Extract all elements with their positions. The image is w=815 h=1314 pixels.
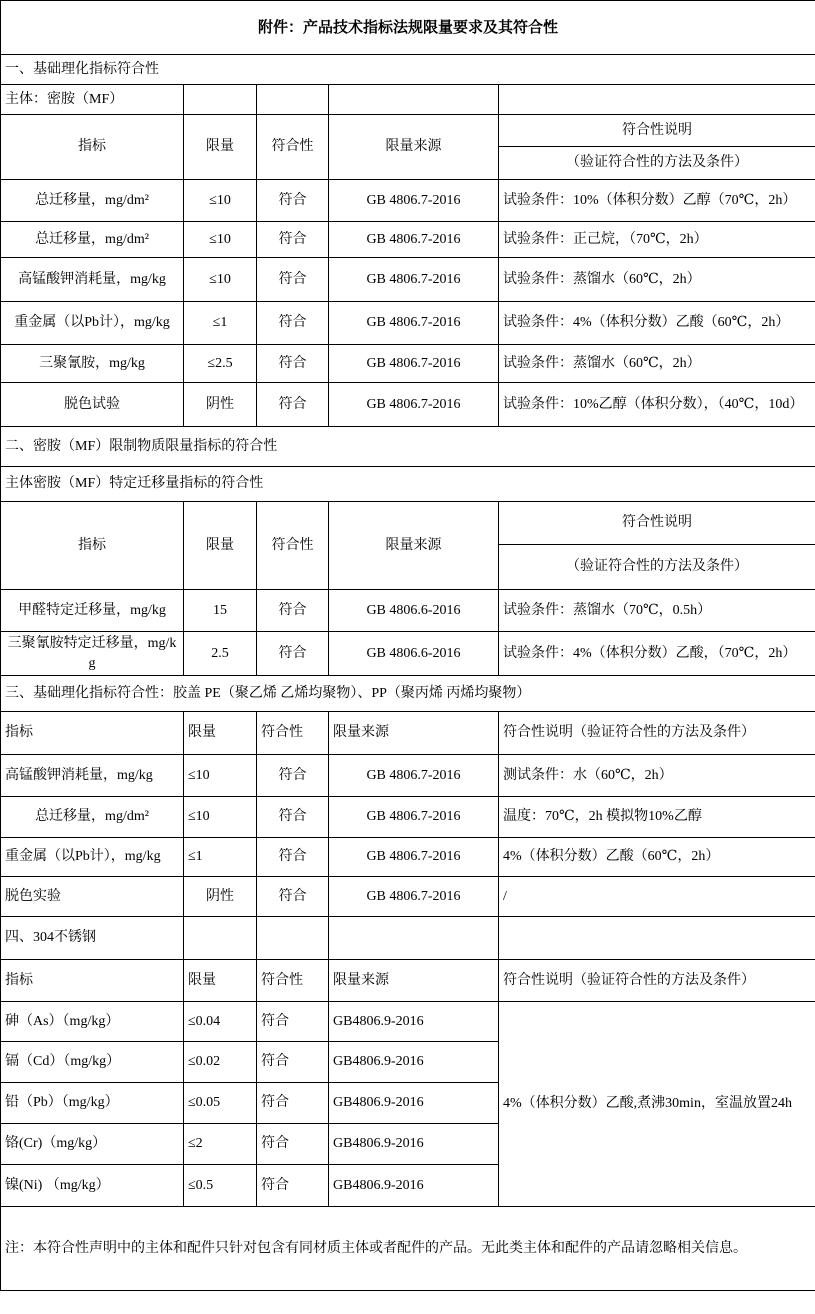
col-header-limit: 限量 bbox=[184, 115, 257, 180]
section1-heading: 一、基础理化指标符合性 bbox=[1, 55, 815, 85]
empty-cell bbox=[184, 85, 257, 115]
compliance-table: 附件：产品技术指标法规限量要求及其符合性 一、基础理化指标符合性 主体：密胺（M… bbox=[0, 0, 815, 1291]
section2-subheading: 主体密胺（MF）特定迁移量指标的符合性 bbox=[1, 467, 815, 502]
empty-cell bbox=[184, 917, 257, 960]
empty-cell bbox=[499, 917, 815, 960]
col-header-indicator: 指标 bbox=[1, 502, 184, 590]
source-cell: GB4806.9-2016 bbox=[329, 1042, 499, 1083]
table-row: 主体：密胺（MF） bbox=[1, 85, 815, 115]
source-cell: GB 4806.7-2016 bbox=[329, 755, 499, 797]
limit-cell: ≤2 bbox=[184, 1124, 257, 1165]
condition-cell: 温度：70℃，2h 模拟物10%乙醇 bbox=[499, 797, 815, 838]
col-header-source: 限量来源 bbox=[329, 712, 499, 755]
indicator-cell: 三聚氰胺，mg/kg bbox=[1, 345, 184, 383]
limit-cell: 阴性 bbox=[184, 877, 257, 917]
source-cell: GB 4806.7-2016 bbox=[329, 180, 499, 222]
col-header-conformity: 符合性 bbox=[257, 115, 329, 180]
section4-heading: 四、304不锈钢 bbox=[1, 917, 184, 960]
empty-cell bbox=[257, 917, 329, 960]
source-cell: GB 4806.7-2016 bbox=[329, 345, 499, 383]
limit-cell: ≤0.02 bbox=[184, 1042, 257, 1083]
limit-cell: ≤10 bbox=[184, 258, 257, 302]
source-cell: GB 4806.7-2016 bbox=[329, 383, 499, 427]
source-cell: GB 4806.7-2016 bbox=[329, 258, 499, 302]
indicator-cell: 铅（Pb）（mg/kg） bbox=[1, 1083, 184, 1124]
section2-heading: 二、密胺（MF）限制物质限量指标的符合性 bbox=[1, 427, 815, 467]
condition-cell: 4%（体积分数）乙酸（60℃，2h） bbox=[499, 838, 815, 877]
conformity-cell: 符合 bbox=[257, 797, 329, 838]
col-header-limit: 限量 bbox=[184, 502, 257, 590]
conformity-cell: 符合 bbox=[257, 180, 329, 222]
col-header-conformity: 符合性 bbox=[257, 960, 329, 1002]
source-cell: GB4806.9-2016 bbox=[329, 1165, 499, 1207]
table-row: 主体密胺（MF）特定迁移量指标的符合性 bbox=[1, 467, 815, 502]
limit-cell: 15 bbox=[184, 590, 257, 632]
table-row: 指标 限量 符合性 限量来源 符合性说明（验证符合性的方法及条件） bbox=[1, 960, 815, 1002]
indicator-cell: 镍(Ni) （mg/kg） bbox=[1, 1165, 184, 1207]
conformity-cell: 符合 bbox=[257, 1042, 329, 1083]
condition-cell: 测试条件：水（60℃，2h） bbox=[499, 755, 815, 797]
col-header-source: 限量来源 bbox=[329, 960, 499, 1002]
indicator-cell: 总迁移量，mg/dm² bbox=[1, 797, 184, 838]
col-header-indicator: 指标 bbox=[1, 115, 184, 180]
conformity-cell: 符合 bbox=[257, 1002, 329, 1042]
indicator-cell: 高锰酸钾消耗量，mg/kg bbox=[1, 755, 184, 797]
table-row: 总迁移量，mg/dm² ≤10 符合 GB 4806.7-2016 试验条件：1… bbox=[1, 180, 815, 222]
condition-cell: 试验条件：正己烷，（70℃，2h） bbox=[499, 222, 815, 258]
limit-cell: ≤10 bbox=[184, 797, 257, 838]
source-cell: GB4806.9-2016 bbox=[329, 1124, 499, 1165]
indicator-cell: 总迁移量，mg/dm² bbox=[1, 180, 184, 222]
col-header-source: 限量来源 bbox=[329, 502, 499, 590]
limit-cell: ≤1 bbox=[184, 302, 257, 345]
table-row: 一、基础理化指标符合性 bbox=[1, 55, 815, 85]
conformity-cell: 符合 bbox=[257, 258, 329, 302]
source-cell: GB 4806.7-2016 bbox=[329, 797, 499, 838]
table-row: 重金属（以Pb计），mg/kg ≤1 符合 GB 4806.7-2016 4%（… bbox=[1, 838, 815, 877]
empty-cell bbox=[329, 85, 499, 115]
conformity-cell: 符合 bbox=[257, 755, 329, 797]
table-row: 三聚氰胺，mg/kg ≤2.5 符合 GB 4806.7-2016 试验条件：蒸… bbox=[1, 345, 815, 383]
conformity-cell: 符合 bbox=[257, 1124, 329, 1165]
limit-cell: ≤10 bbox=[184, 222, 257, 258]
table-row: 指标 限量 符合性 限量来源 符合性说明 bbox=[1, 502, 815, 545]
empty-cell bbox=[499, 85, 815, 115]
limit-cell: 阴性 bbox=[184, 383, 257, 427]
col-header-explanation-sub: （验证符合性的方法及条件） bbox=[499, 147, 815, 180]
limit-cell: ≤0.05 bbox=[184, 1083, 257, 1124]
table-row: 高锰酸钾消耗量，mg/kg ≤10 符合 GB 4806.7-2016 试验条件… bbox=[1, 258, 815, 302]
table-row: 甲醛特定迁移量，mg/kg 15 符合 GB 4806.6-2016 试验条件：… bbox=[1, 590, 815, 632]
col-header-conformity: 符合性 bbox=[257, 502, 329, 590]
source-cell: GB 4806.7-2016 bbox=[329, 838, 499, 877]
source-cell: GB 4806.7-2016 bbox=[329, 302, 499, 345]
table-row: 二、密胺（MF）限制物质限量指标的符合性 bbox=[1, 427, 815, 467]
table-row: 注：本符合性声明中的主体和配件只针对包含有同材质主体或者配件的产品。无此类主体和… bbox=[1, 1207, 815, 1291]
col-header-explanation: 符合性说明（验证符合性的方法及条件） bbox=[499, 960, 815, 1002]
limit-cell: ≤0.5 bbox=[184, 1165, 257, 1207]
col-header-explanation-sub: （验证符合性的方法及条件） bbox=[499, 545, 815, 590]
indicator-cell: 铬(Cr)（mg/kg） bbox=[1, 1124, 184, 1165]
source-cell: GB 4806.7-2016 bbox=[329, 877, 499, 917]
col-header-source: 限量来源 bbox=[329, 115, 499, 180]
condition-cell: / bbox=[499, 877, 815, 917]
section1-subject: 主体：密胺（MF） bbox=[1, 85, 184, 115]
limit-cell: ≤2.5 bbox=[184, 345, 257, 383]
indicator-cell: 高锰酸钾消耗量，mg/kg bbox=[1, 258, 184, 302]
limit-cell: ≤10 bbox=[184, 755, 257, 797]
table-row: 砷（As）（mg/kg） ≤0.04 符合 GB4806.9-2016 4%（体… bbox=[1, 1002, 815, 1042]
condition-cell: 试验条件：4%（体积分数）乙酸，（70℃，2h） bbox=[499, 632, 815, 676]
shared-condition-cell: 4%（体积分数）乙酸,煮沸30min，室温放置24h bbox=[499, 1002, 815, 1207]
table-row: 三聚氰胺特定迁移量，mg/kg 2.5 符合 GB 4806.6-2016 试验… bbox=[1, 632, 815, 676]
col-header-indicator: 指标 bbox=[1, 712, 184, 755]
indicator-cell: 甲醛特定迁移量，mg/kg bbox=[1, 590, 184, 632]
indicator-cell: 脱色试验 bbox=[1, 383, 184, 427]
condition-cell: 试验条件：蒸馏水（60℃，2h） bbox=[499, 345, 815, 383]
table-row: 脱色试验 阴性 符合 GB 4806.7-2016 试验条件：10%乙醇（体积分… bbox=[1, 383, 815, 427]
source-cell: GB4806.9-2016 bbox=[329, 1002, 499, 1042]
conformity-cell: 符合 bbox=[257, 838, 329, 877]
table-row: 总迁移量，mg/dm² ≤10 符合 GB 4806.7-2016 温度：70℃… bbox=[1, 797, 815, 838]
conformity-cell: 符合 bbox=[257, 345, 329, 383]
source-cell: GB 4806.6-2016 bbox=[329, 632, 499, 676]
footer-note: 注：本符合性声明中的主体和配件只针对包含有同材质主体或者配件的产品。无此类主体和… bbox=[1, 1207, 815, 1291]
conformity-cell: 符合 bbox=[257, 1083, 329, 1124]
table-row: 四、304不锈钢 bbox=[1, 917, 815, 960]
condition-cell: 试验条件：4%（体积分数）乙酸（60℃，2h） bbox=[499, 302, 815, 345]
conformity-cell: 符合 bbox=[257, 877, 329, 917]
empty-cell bbox=[329, 917, 499, 960]
col-header-limit: 限量 bbox=[184, 960, 257, 1002]
condition-cell: 试验条件：10%乙醇（体积分数），（40℃，10d） bbox=[499, 383, 815, 427]
indicator-cell: 砷（As）（mg/kg） bbox=[1, 1002, 184, 1042]
limit-cell: ≤10 bbox=[184, 180, 257, 222]
section3-heading: 三、基础理化指标符合性：胶盖 PE（聚乙烯 乙烯均聚物）、PP（聚丙烯 丙烯均聚… bbox=[1, 676, 815, 712]
table-row: 高锰酸钾消耗量，mg/kg ≤10 符合 GB 4806.7-2016 测试条件… bbox=[1, 755, 815, 797]
empty-cell bbox=[257, 85, 329, 115]
conformity-cell: 符合 bbox=[257, 302, 329, 345]
indicator-cell: 重金属（以Pb计），mg/kg bbox=[1, 302, 184, 345]
table-row: 附件：产品技术指标法规限量要求及其符合性 bbox=[1, 1, 815, 55]
compliance-document: 附件：产品技术指标法规限量要求及其符合性 一、基础理化指标符合性 主体：密胺（M… bbox=[0, 0, 815, 1314]
limit-cell: 2.5 bbox=[184, 632, 257, 676]
table-row: 指标 限量 符合性 限量来源 符合性说明 bbox=[1, 115, 815, 147]
table-row: 三、基础理化指标符合性：胶盖 PE（聚乙烯 乙烯均聚物）、PP（聚丙烯 丙烯均聚… bbox=[1, 676, 815, 712]
conformity-cell: 符合 bbox=[257, 632, 329, 676]
limit-cell: ≤1 bbox=[184, 838, 257, 877]
indicator-cell: 镉（Cd）（mg/kg） bbox=[1, 1042, 184, 1083]
table-row: 重金属（以Pb计），mg/kg ≤1 符合 GB 4806.7-2016 试验条… bbox=[1, 302, 815, 345]
col-header-explanation: 符合性说明（验证符合性的方法及条件） bbox=[499, 712, 815, 755]
col-header-limit: 限量 bbox=[184, 712, 257, 755]
col-header-conformity: 符合性 bbox=[257, 712, 329, 755]
indicator-cell: 三聚氰胺特定迁移量，mg/kg bbox=[1, 632, 184, 676]
limit-cell: ≤0.04 bbox=[184, 1002, 257, 1042]
indicator-cell: 脱色实验 bbox=[1, 877, 184, 917]
col-header-indicator: 指标 bbox=[1, 960, 184, 1002]
source-cell: GB4806.9-2016 bbox=[329, 1083, 499, 1124]
table-row: 脱色实验 阴性 符合 GB 4806.7-2016 / bbox=[1, 877, 815, 917]
indicator-cell: 重金属（以Pb计），mg/kg bbox=[1, 838, 184, 877]
condition-cell: 试验条件：蒸馏水（70℃，0.5h） bbox=[499, 590, 815, 632]
conformity-cell: 符合 bbox=[257, 1165, 329, 1207]
condition-cell: 试验条件：蒸馏水（60℃，2h） bbox=[499, 258, 815, 302]
col-header-explanation: 符合性说明 bbox=[499, 115, 815, 147]
source-cell: GB 4806.6-2016 bbox=[329, 590, 499, 632]
indicator-cell: 总迁移量，mg/dm² bbox=[1, 222, 184, 258]
col-header-explanation: 符合性说明 bbox=[499, 502, 815, 545]
table-row: 指标 限量 符合性 限量来源 符合性说明（验证符合性的方法及条件） bbox=[1, 712, 815, 755]
table-row: 总迁移量，mg/dm² ≤10 符合 GB 4806.7-2016 试验条件：正… bbox=[1, 222, 815, 258]
source-cell: GB 4806.7-2016 bbox=[329, 222, 499, 258]
condition-cell: 试验条件：10%（体积分数）乙醇（70℃，2h） bbox=[499, 180, 815, 222]
conformity-cell: 符合 bbox=[257, 383, 329, 427]
conformity-cell: 符合 bbox=[257, 222, 329, 258]
page-title: 附件：产品技术指标法规限量要求及其符合性 bbox=[1, 1, 815, 55]
conformity-cell: 符合 bbox=[257, 590, 329, 632]
